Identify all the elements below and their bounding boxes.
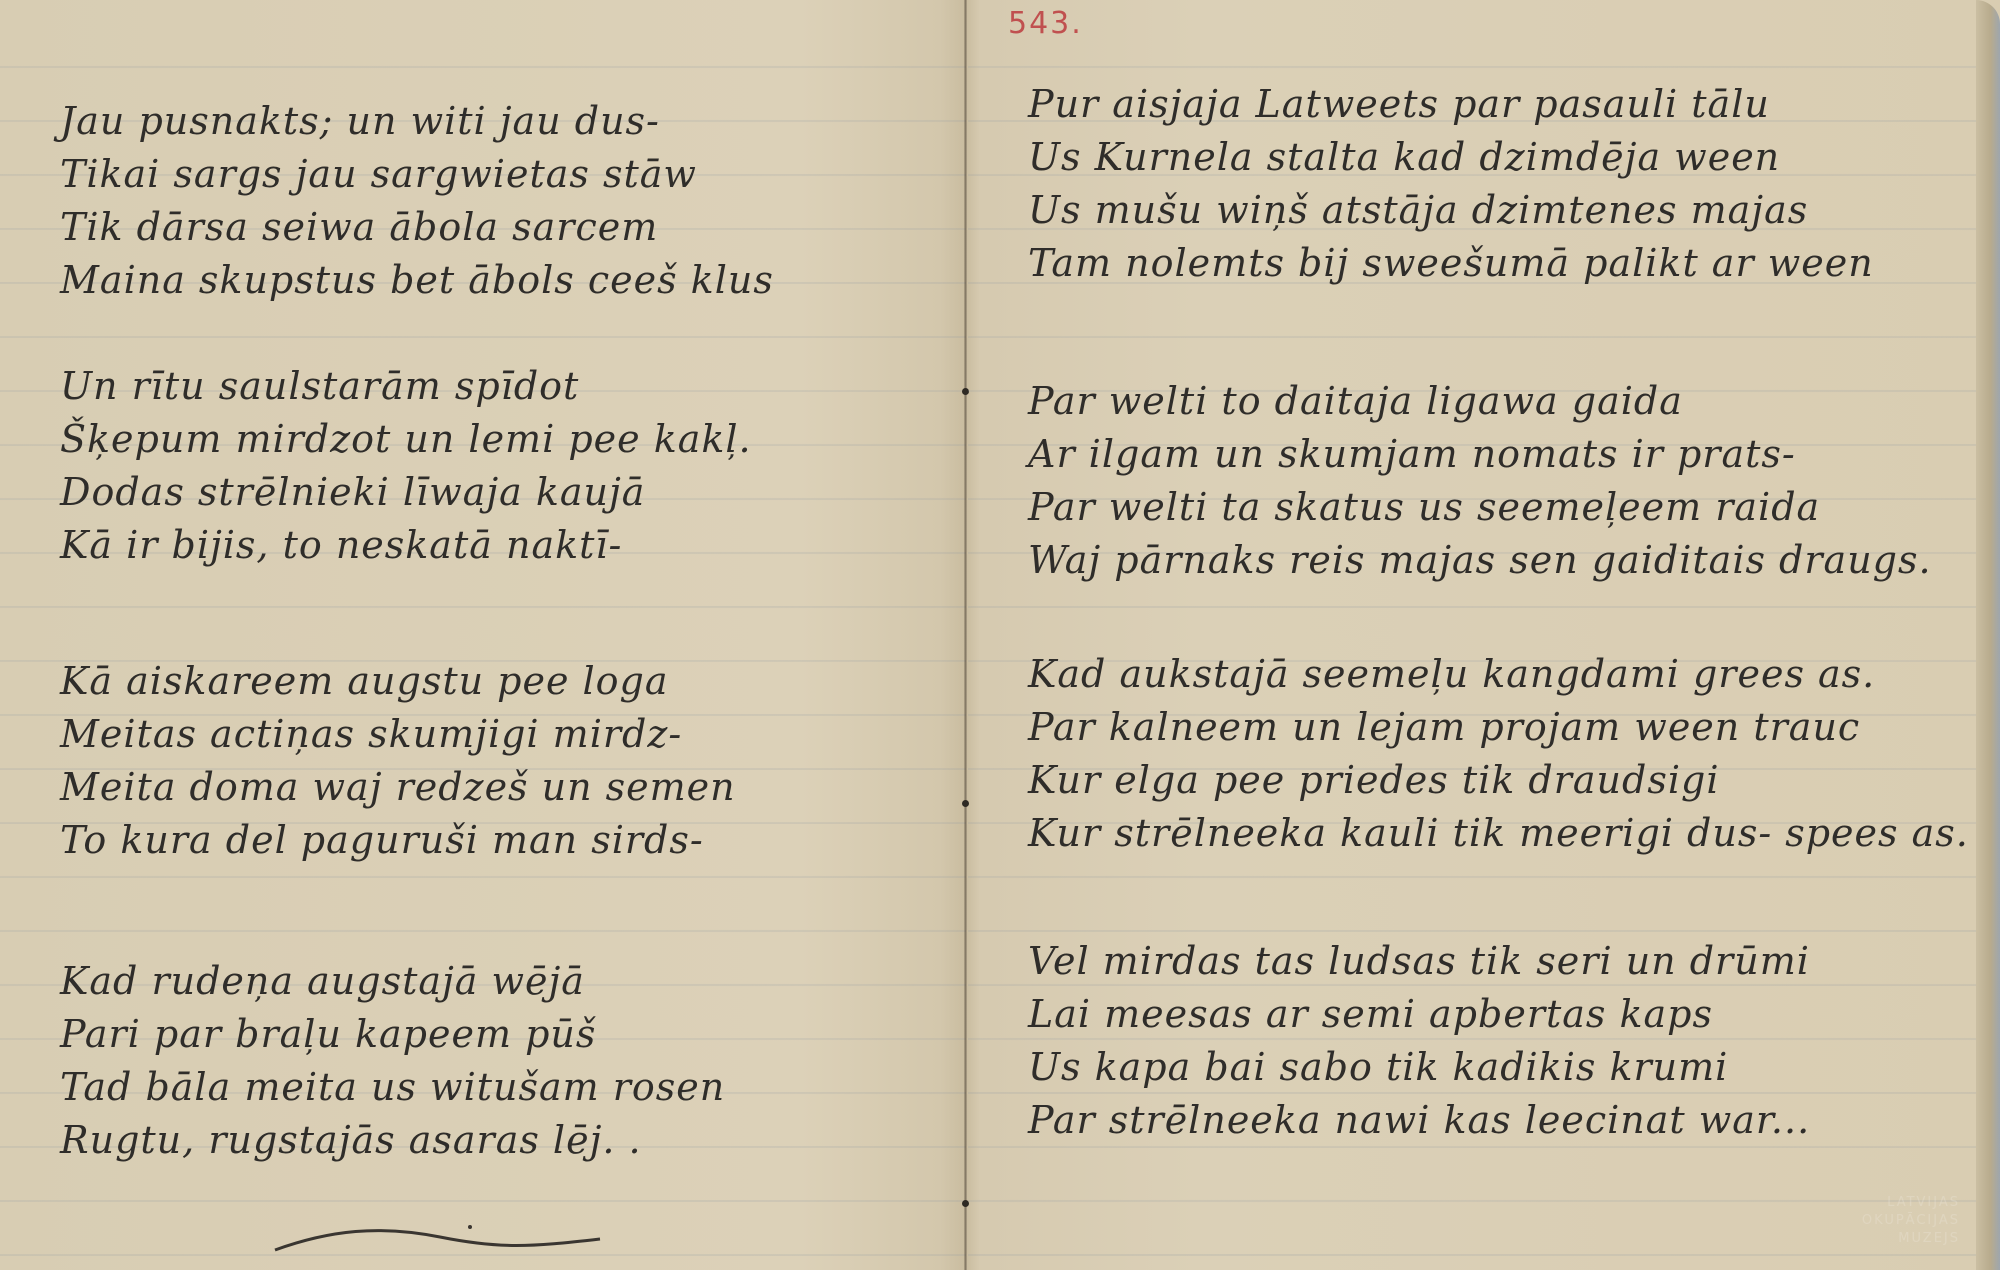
poem-line: Kur elga pee priedes tik draudsigi — [1028, 754, 1969, 807]
notebook-spread: Jau pusnakts; un witi jau dus- Tikai sar… — [0, 0, 2000, 1270]
watermark-line: MUZEJS — [1780, 1230, 1960, 1248]
poem-line: Maina skupstus bet ābols ceeš klus — [60, 254, 774, 307]
archive-watermark: LATVIJAS OKUPĀCIJAS MUZEJS — [1780, 1194, 1960, 1264]
poem-line: Kad rudeņa augstajā wējā — [60, 955, 725, 1008]
poem-line: Meita doma waj redzeš un semen — [60, 761, 736, 814]
stanza-1: Jau pusnakts; un witi jau dus- Tikai sar… — [60, 95, 774, 307]
notebook-spine — [964, 0, 967, 1270]
watermark-line: LATVIJAS — [1780, 1194, 1960, 1212]
poem-line: Pur aisjaja Latweets par pasauli tālu — [1028, 78, 1874, 131]
poem-line: Dodas strēlnieki līwaja kaujā — [60, 466, 752, 519]
poem-line: Kur strēlneeka kauli tik meerigi dus- sp… — [1028, 807, 1969, 860]
watermark-line: OKUPĀCIJAS — [1780, 1212, 1960, 1230]
poem-line: Kā aiskareem augstu pee loga — [60, 655, 736, 708]
end-flourish-icon — [270, 1225, 670, 1255]
poem-line: Un rītu saulstarām spīdot — [60, 360, 752, 413]
poem-line: Lai meesas ar semi apbertas kaps — [1028, 988, 1810, 1041]
poem-line: Par welti to daitaja ligawa gaida — [1028, 375, 1932, 428]
stanza-4: Vel mirdas tas ludsas tik seri un drūmi … — [1028, 935, 1810, 1147]
poem-line: Par strēlneeka nawi kas leecinat war... — [1028, 1094, 1810, 1147]
poem-line: Tam nolemts bij sweešumā palikt ar ween — [1028, 237, 1874, 290]
poem-line: Par welti ta skatus us seemeļeem raida — [1028, 481, 1932, 534]
stanza-2: Un rītu saulstarām spīdot Šķepum mirdzot… — [60, 360, 752, 572]
poem-line: To kura del paguruši man sirds- — [60, 814, 736, 867]
poem-line: Rugtu, rugstajās asaras lēj. . — [60, 1114, 725, 1167]
right-page: Pur aisjaja Latweets par pasauli tālu Us… — [968, 0, 1978, 1270]
stanza-4: Kad rudeņa augstajā wējā Pari par braļu … — [60, 955, 725, 1167]
stanza-1: Pur aisjaja Latweets par pasauli tālu Us… — [1028, 78, 1874, 290]
page-edge — [1976, 0, 2000, 1270]
left-page: Jau pusnakts; un witi jau dus- Tikai sar… — [0, 0, 966, 1270]
stanza-3: Kā aiskareem augstu pee loga Meitas acti… — [60, 655, 736, 867]
poem-line: Tik dārsa seiwa ābola sarcem — [60, 201, 774, 254]
stanza-3: Kad aukstajā seemeļu kangdami grees as. … — [1028, 648, 1969, 860]
poem-line: Par kalneem un lejam projam ween trauc — [1028, 701, 1969, 754]
poem-line: Jau pusnakts; un witi jau dus- — [60, 95, 774, 148]
poem-line: Kad aukstajā seemeļu kangdami grees as. — [1028, 648, 1969, 701]
poem-line: Vel mirdas tas ludsas tik seri un drūmi — [1028, 935, 1810, 988]
poem-line: Šķepum mirdzot un lemi pee kakļ. — [60, 413, 752, 466]
poem-line: Us Kurnela stalta kad dzimdēja ween — [1028, 131, 1874, 184]
poem-line: Ar ilgam un skumjam nomats ir prats- — [1028, 428, 1932, 481]
poem-line: Waj pārnaks reis majas sen gaiditais dra… — [1028, 534, 1932, 587]
poem-line: Meitas actiņas skumjigi mirdz- — [60, 708, 736, 761]
stanza-2: Par welti to daitaja ligawa gaida Ar ilg… — [1028, 375, 1932, 587]
poem-line: Tikai sargs jau sargwietas stāw — [60, 148, 774, 201]
poem-line: Us mušu wiņš atstāja dzimtenes majas — [1028, 184, 1874, 237]
poem-line: Kā ir bijis, to neskatā naktī- — [60, 519, 752, 572]
poem-line: Pari par braļu kapeem pūš — [60, 1008, 725, 1061]
poem-line: Tad bāla meita us witušam rosen — [60, 1061, 725, 1114]
poem-line: Us kapa bai sabo tik kadikis krumi — [1028, 1041, 1810, 1094]
